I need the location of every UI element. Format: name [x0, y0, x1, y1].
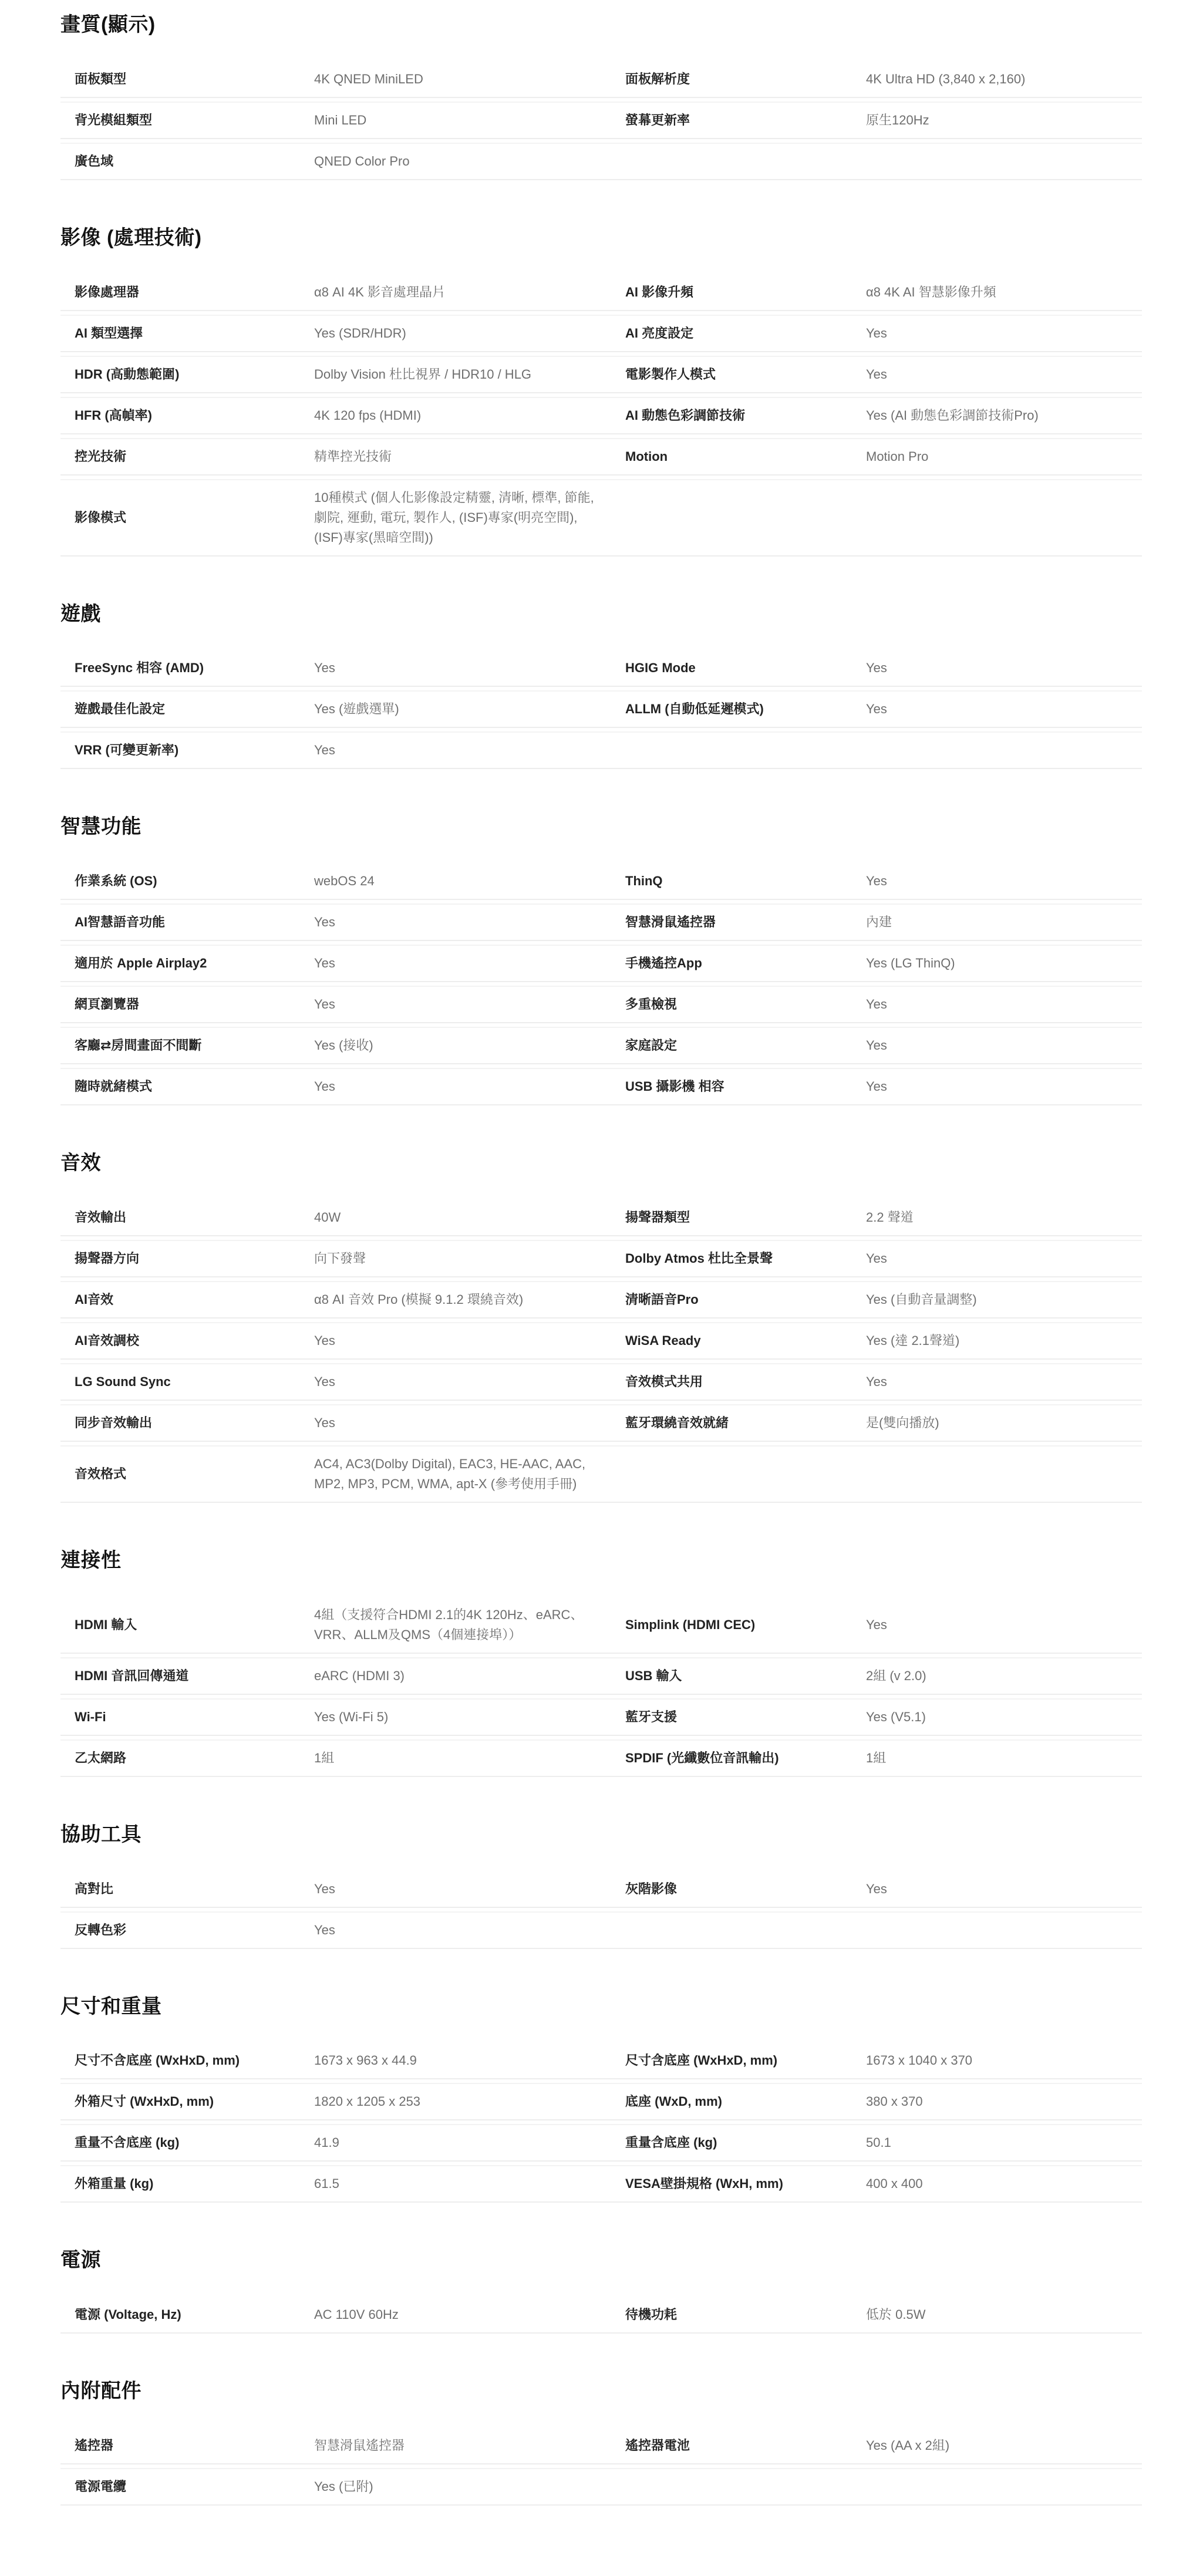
spec-value: 4K QNED MiniLED — [314, 69, 625, 89]
spec-value: eARC (HDMI 3) — [314, 1666, 625, 1686]
spec-value: Yes — [314, 1413, 625, 1433]
section-title: 連接性 — [60, 1549, 1142, 1573]
spec-value: Yes — [314, 1372, 625, 1392]
spec-value: Yes (LG ThinQ) — [866, 953, 1142, 973]
spec-section-power: 電源電源 (Voltage, Hz)AC 110V 60Hz待機功耗低於 0.5… — [60, 2248, 1142, 2334]
spec-value: Yes — [866, 1077, 1142, 1097]
spec-value: Yes — [866, 323, 1142, 343]
section-title: 電源 — [60, 2248, 1142, 2272]
section-title: 遊戲 — [60, 602, 1142, 626]
spec-row: VRR (可變更新率)Yes — [60, 731, 1142, 769]
spec-label: AI音效調校 — [60, 1331, 314, 1351]
spec-value: Yes — [314, 1077, 625, 1097]
spec-label: 作業系統 (OS) — [60, 871, 314, 891]
spec-label: HDMI 音訊回傳通道 — [60, 1666, 314, 1686]
spec-row: 作業系統 (OS)webOS 24ThinQYes — [60, 864, 1142, 900]
spec-value: 1673 x 1040 x 370 — [866, 2051, 1142, 2071]
spec-value: 低於 0.5W — [866, 2305, 1142, 2325]
spec-label: 重量含底座 (kg) — [625, 2133, 866, 2153]
spec-sheet-page: 畫質(顯示)面板類型4K QNED MiniLED面板解析度4K Ultra H… — [0, 0, 1183, 2576]
spec-label: 家庭設定 — [625, 1036, 866, 1056]
spec-row: AI音效α8 AI 音效 Pro (模擬 9.1.2 環繞音效)清晰語音ProY… — [60, 1281, 1142, 1319]
spec-label: 底座 (WxD, mm) — [625, 2092, 866, 2112]
spec-value: Yes — [866, 658, 1142, 678]
spec-value: 10種模式 (個人化影像設定精靈, 清晰, 標準, 節能, 劇院, 運動, 電玩… — [314, 488, 625, 548]
spec-row: 控光技術精準控光技術MotionMotion Pro — [60, 438, 1142, 476]
spec-value: Yes (接收) — [314, 1036, 625, 1056]
spec-label: 手機遙控App — [625, 953, 866, 973]
spec-label: 音效模式共用 — [625, 1372, 866, 1392]
spec-value: Yes — [866, 1249, 1142, 1269]
spec-row: AI智慧語音功能Yes智慧滑鼠遙控器內建 — [60, 903, 1142, 941]
spec-value: 400 x 400 — [866, 2174, 1142, 2194]
spec-label: 影像處理器 — [60, 282, 314, 302]
spec-value: 50.1 — [866, 2133, 1142, 2153]
spec-label: 重量不含底座 (kg) — [60, 2133, 314, 2153]
spec-value: Yes (遊戲選單) — [314, 699, 625, 719]
spec-value: 精準控光技術 — [314, 447, 625, 467]
spec-label: Motion — [625, 447, 866, 467]
spec-rows: 影像處理器α8 AI 4K 影音處理晶片AI 影像升頻α8 4K AI 智慧影像… — [60, 275, 1142, 557]
spec-value: Yes — [314, 1879, 625, 1899]
spec-label: AI智慧語音功能 — [60, 912, 314, 932]
spec-value: Yes (自動音量調整) — [866, 1290, 1142, 1310]
spec-row: LG Sound SyncYes音效模式共用Yes — [60, 1363, 1142, 1401]
spec-value: 1組 — [314, 1748, 625, 1768]
spec-row: Wi-FiYes (Wi-Fi 5)藍牙支援Yes (V5.1) — [60, 1698, 1142, 1736]
section-title: 智慧功能 — [60, 815, 1142, 839]
spec-label: USB 輸入 — [625, 1666, 866, 1686]
spec-section-dimensions-weight: 尺寸和重量尺寸不含底座 (WxHxD, mm)1673 x 963 x 44.9… — [60, 1995, 1142, 2203]
spec-rows: 電源 (Voltage, Hz)AC 110V 60Hz待機功耗低於 0.5W — [60, 2297, 1142, 2334]
spec-label: SPDIF (光纖數位音訊輸出) — [625, 1748, 866, 1768]
spec-label: Wi-Fi — [60, 1707, 314, 1727]
spec-label: ThinQ — [625, 871, 866, 891]
spec-value: Mini LED — [314, 110, 625, 130]
section-title: 影像 (處理技術) — [60, 226, 1142, 250]
spec-label: AI 動態色彩調節技術 — [625, 406, 866, 426]
spec-section-picture-quality: 畫質(顯示)面板類型4K QNED MiniLED面板解析度4K Ultra H… — [60, 13, 1142, 180]
spec-label: 高對比 — [60, 1879, 314, 1899]
spec-label: 反轉色彩 — [60, 1920, 314, 1940]
spec-label: 電影製作人模式 — [625, 365, 866, 385]
spec-label: 待機功耗 — [625, 2305, 866, 2325]
spec-label: LG Sound Sync — [60, 1372, 314, 1392]
spec-row: HDR (高動態範圍)Dolby Vision 杜比視界 / HDR10 / H… — [60, 356, 1142, 393]
spec-label: VRR (可變更新率) — [60, 740, 314, 760]
spec-label: WiSA Ready — [625, 1331, 866, 1351]
spec-label: 同步音效輸出 — [60, 1413, 314, 1433]
spec-row: 高對比Yes灰階影像Yes — [60, 1872, 1142, 1908]
spec-value: Yes (已附) — [314, 2477, 625, 2497]
spec-value: Yes — [866, 1879, 1142, 1899]
spec-row: 重量不含底座 (kg)41.9重量含底座 (kg)50.1 — [60, 2124, 1142, 2162]
spec-value: Yes — [866, 994, 1142, 1014]
spec-value: webOS 24 — [314, 871, 625, 891]
spec-label: 電源電纜 — [60, 2477, 314, 2497]
spec-value: Yes — [866, 699, 1142, 719]
spec-value: Yes (SDR/HDR) — [314, 323, 625, 343]
spec-row: AI 類型選擇Yes (SDR/HDR)AI 亮度設定Yes — [60, 315, 1142, 352]
spec-value: 1組 — [866, 1748, 1142, 1768]
spec-row: 尺寸不含底座 (WxHxD, mm)1673 x 963 x 44.9尺寸含底座… — [60, 2043, 1142, 2079]
spec-row: 外箱尺寸 (WxHxD, mm)1820 x 1205 x 253底座 (WxD… — [60, 2083, 1142, 2120]
spec-value: 4K 120 fps (HDMI) — [314, 406, 625, 426]
section-title: 內附配件 — [60, 2379, 1142, 2403]
spec-value: Yes (達 2.1聲道) — [866, 1331, 1142, 1351]
spec-row: 網頁瀏覽器Yes多重檢視Yes — [60, 986, 1142, 1023]
spec-value: 1673 x 963 x 44.9 — [314, 2051, 625, 2071]
spec-row: HDMI 音訊回傳通道eARC (HDMI 3)USB 輸入2組 (v 2.0) — [60, 1657, 1142, 1695]
spec-value: Motion Pro — [866, 447, 1142, 467]
spec-rows: 作業系統 (OS)webOS 24ThinQYesAI智慧語音功能Yes智慧滑鼠… — [60, 864, 1142, 1105]
spec-value: α8 4K AI 智慧影像升頻 — [866, 282, 1142, 302]
spec-label: 電源 (Voltage, Hz) — [60, 2305, 314, 2325]
spec-rows: 尺寸不含底座 (WxHxD, mm)1673 x 963 x 44.9尺寸含底座… — [60, 2043, 1142, 2203]
spec-row: 客廳⇄房間畫面不間斷Yes (接收)家庭設定Yes — [60, 1027, 1142, 1064]
spec-label: 廣色域 — [60, 151, 314, 171]
spec-value: Yes (V5.1) — [866, 1707, 1142, 1727]
spec-value: 380 x 370 — [866, 2092, 1142, 2112]
spec-row: 音效格式AC4, AC3(Dolby Digital), EAC3, HE-AA… — [60, 1445, 1142, 1503]
spec-row: 乙太網路1組SPDIF (光纖數位音訊輸出)1組 — [60, 1739, 1142, 1777]
spec-row: 適用於 Apple Airplay2Yes手機遙控AppYes (LG Thin… — [60, 945, 1142, 982]
spec-label: 揚聲器方向 — [60, 1249, 314, 1269]
spec-label: 藍牙支援 — [625, 1707, 866, 1727]
spec-label: 尺寸不含底座 (WxHxD, mm) — [60, 2051, 314, 2071]
spec-row: 外箱重量 (kg)61.5VESA壁掛規格 (WxH, mm)400 x 400 — [60, 2165, 1142, 2203]
spec-label: 尺寸含底座 (WxHxD, mm) — [625, 2051, 866, 2071]
spec-label: 客廳⇄房間畫面不間斷 — [60, 1036, 314, 1056]
spec-value: 是(雙向播放) — [866, 1413, 1142, 1433]
spec-value: Yes — [314, 740, 625, 760]
spec-value: Yes — [866, 1615, 1142, 1635]
spec-label: 智慧滑鼠遙控器 — [625, 912, 866, 932]
spec-label: 清晰語音Pro — [625, 1290, 866, 1310]
spec-value: Yes — [314, 1920, 625, 1940]
spec-sections: 畫質(顯示)面板類型4K QNED MiniLED面板解析度4K Ultra H… — [60, 13, 1142, 2506]
spec-value: Yes — [314, 658, 625, 678]
spec-label: 乙太網路 — [60, 1748, 314, 1768]
spec-value: Yes — [866, 1036, 1142, 1056]
spec-label: 面板解析度 — [625, 69, 866, 89]
spec-label: 隨時就緒模式 — [60, 1077, 314, 1097]
spec-label: 面板類型 — [60, 69, 314, 89]
spec-section-accessories: 內附配件遙控器智慧滑鼠遙控器遙控器電池Yes (AA x 2組)電源電纜Yes … — [60, 2379, 1142, 2506]
spec-label: 網頁瀏覽器 — [60, 994, 314, 1014]
section-title: 畫質(顯示) — [60, 13, 1142, 37]
spec-label: 遊戲最佳化設定 — [60, 699, 314, 719]
spec-label: 背光模組類型 — [60, 110, 314, 130]
spec-value: Yes (AA x 2組) — [866, 2436, 1142, 2456]
spec-label: 灰階影像 — [625, 1879, 866, 1899]
spec-rows: 高對比Yes灰階影像Yes反轉色彩Yes — [60, 1872, 1142, 1949]
spec-label: AI 亮度設定 — [625, 323, 866, 343]
spec-rows: 音效輸出40W揚聲器類型2.2 聲道揚聲器方向向下發聲Dolby Atmos 杜… — [60, 1200, 1142, 1503]
spec-label: AI 影像升頻 — [625, 282, 866, 302]
spec-row: 背光模組類型Mini LED螢幕更新率原生120Hz — [60, 102, 1142, 139]
spec-value: AC 110V 60Hz — [314, 2305, 625, 2325]
spec-row: FreeSync 相容 (AMD)YesHGIG ModeYes — [60, 650, 1142, 687]
spec-value: 2.2 聲道 — [866, 1208, 1142, 1228]
spec-label: HGIG Mode — [625, 658, 866, 678]
spec-label: 控光技術 — [60, 447, 314, 467]
spec-rows: 面板類型4K QNED MiniLED面板解析度4K Ultra HD (3,8… — [60, 62, 1142, 180]
section-title: 協助工具 — [60, 1823, 1142, 1847]
spec-section-accessibility: 協助工具高對比Yes灰階影像Yes反轉色彩Yes — [60, 1823, 1142, 1949]
spec-label: HDMI 輸入 — [60, 1615, 314, 1635]
spec-row: 遊戲最佳化設定Yes (遊戲選單)ALLM (自動低延遲模式)Yes — [60, 690, 1142, 728]
section-title: 尺寸和重量 — [60, 1995, 1142, 2019]
spec-rows: 遙控器智慧滑鼠遙控器遙控器電池Yes (AA x 2組)電源電纜Yes (已附) — [60, 2428, 1142, 2506]
spec-value: α8 AI 4K 影音處理晶片 — [314, 282, 625, 302]
spec-value: Yes — [866, 365, 1142, 385]
spec-label: 外箱重量 (kg) — [60, 2174, 314, 2194]
spec-value: Yes — [314, 1331, 625, 1351]
spec-label: 藍牙環繞音效就緒 — [625, 1413, 866, 1433]
spec-row: 隨時就緒模式YesUSB 攝影機 相容Yes — [60, 1068, 1142, 1105]
spec-value: 原生120Hz — [866, 110, 1142, 130]
spec-section-audio: 音效音效輸出40W揚聲器類型2.2 聲道揚聲器方向向下發聲Dolby Atmos… — [60, 1151, 1142, 1503]
spec-row: 面板類型4K QNED MiniLED面板解析度4K Ultra HD (3,8… — [60, 62, 1142, 98]
spec-value: 內建 — [866, 912, 1142, 932]
spec-row: 電源 (Voltage, Hz)AC 110V 60Hz待機功耗低於 0.5W — [60, 2297, 1142, 2334]
spec-label: 外箱尺寸 (WxHxD, mm) — [60, 2092, 314, 2112]
spec-value: 1820 x 1205 x 253 — [314, 2092, 625, 2112]
spec-label: ALLM (自動低延遲模式) — [625, 699, 866, 719]
spec-row: 揚聲器方向向下發聲Dolby Atmos 杜比全景聲Yes — [60, 1240, 1142, 1277]
spec-row: AI音效調校YesWiSA ReadyYes (達 2.1聲道) — [60, 1322, 1142, 1360]
spec-row: 廣色域QNED Color Pro — [60, 143, 1142, 180]
spec-label: 適用於 Apple Airplay2 — [60, 953, 314, 973]
spec-label: HDR (高動態範圍) — [60, 365, 314, 385]
spec-value: 40W — [314, 1208, 625, 1228]
spec-value: Dolby Vision 杜比視界 / HDR10 / HLG — [314, 365, 625, 385]
spec-label: Dolby Atmos 杜比全景聲 — [625, 1249, 866, 1269]
spec-value: 4K Ultra HD (3,840 x 2,160) — [866, 69, 1142, 89]
spec-row: 音效輸出40W揚聲器類型2.2 聲道 — [60, 1200, 1142, 1236]
spec-label: HFR (高幀率) — [60, 406, 314, 426]
spec-value: AC4, AC3(Dolby Digital), EAC3, HE-AAC, A… — [314, 1454, 625, 1494]
spec-row: 電源電纜Yes (已附) — [60, 2468, 1142, 2506]
spec-value: Yes — [866, 871, 1142, 891]
spec-label: 影像模式 — [60, 508, 314, 528]
spec-label: FreeSync 相容 (AMD) — [60, 658, 314, 678]
spec-rows: FreeSync 相容 (AMD)YesHGIG ModeYes遊戲最佳化設定Y… — [60, 650, 1142, 769]
spec-row: HFR (高幀率)4K 120 fps (HDMI)AI 動態色彩調節技術Yes… — [60, 397, 1142, 434]
section-title: 音效 — [60, 1151, 1142, 1175]
spec-section-smart-features: 智慧功能作業系統 (OS)webOS 24ThinQYesAI智慧語音功能Yes… — [60, 815, 1142, 1105]
spec-value: α8 AI 音效 Pro (模擬 9.1.2 環繞音效) — [314, 1290, 625, 1310]
spec-label: USB 攝影機 相容 — [625, 1077, 866, 1097]
spec-value: 智慧滑鼠遙控器 — [314, 2436, 625, 2456]
spec-label: 多重檢視 — [625, 994, 866, 1014]
spec-value: 向下發聲 — [314, 1249, 625, 1269]
spec-value: 2組 (v 2.0) — [866, 1666, 1142, 1686]
spec-value: Yes — [314, 953, 625, 973]
spec-section-connectivity: 連接性HDMI 輸入4組（支援符合HDMI 2.1的4K 120Hz、eARC、… — [60, 1549, 1142, 1777]
spec-value: Yes (AI 動態色彩調節技術Pro) — [866, 406, 1142, 426]
spec-label: AI音效 — [60, 1290, 314, 1310]
spec-label: 音效格式 — [60, 1464, 314, 1484]
spec-row: HDMI 輸入4組（支援符合HDMI 2.1的4K 120Hz、eARC、VRR… — [60, 1597, 1142, 1654]
spec-label: 螢幕更新率 — [625, 110, 866, 130]
spec-value: Yes — [314, 994, 625, 1014]
spec-label: Simplink (HDMI CEC) — [625, 1615, 866, 1635]
spec-label: 遙控器 — [60, 2436, 314, 2456]
spec-row: 同步音效輸出Yes藍牙環繞音效就緒是(雙向播放) — [60, 1404, 1142, 1442]
spec-label: AI 類型選擇 — [60, 323, 314, 343]
spec-row: 反轉色彩Yes — [60, 1911, 1142, 1949]
spec-row: 遙控器智慧滑鼠遙控器遙控器電池Yes (AA x 2組) — [60, 2428, 1142, 2464]
spec-value: Yes — [866, 1372, 1142, 1392]
spec-value: 41.9 — [314, 2133, 625, 2153]
spec-value: Yes — [314, 912, 625, 932]
spec-row: 影像模式10種模式 (個人化影像設定精靈, 清晰, 標準, 節能, 劇院, 運動… — [60, 479, 1142, 557]
spec-rows: HDMI 輸入4組（支援符合HDMI 2.1的4K 120Hz、eARC、VRR… — [60, 1597, 1142, 1777]
spec-section-video-processing: 影像 (處理技術)影像處理器α8 AI 4K 影音處理晶片AI 影像升頻α8 4… — [60, 226, 1142, 557]
spec-label: 遙控器電池 — [625, 2436, 866, 2456]
spec-value: Yes (Wi-Fi 5) — [314, 1707, 625, 1727]
spec-section-gaming: 遊戲FreeSync 相容 (AMD)YesHGIG ModeYes遊戲最佳化設… — [60, 602, 1142, 770]
spec-row: 影像處理器α8 AI 4K 影音處理晶片AI 影像升頻α8 4K AI 智慧影像… — [60, 275, 1142, 311]
spec-value: 4組（支援符合HDMI 2.1的4K 120Hz、eARC、VRR、ALLM及Q… — [314, 1605, 625, 1645]
spec-label: 音效輸出 — [60, 1208, 314, 1228]
spec-label: VESA壁掛規格 (WxH, mm) — [625, 2174, 866, 2194]
spec-value: 61.5 — [314, 2174, 625, 2194]
spec-value: QNED Color Pro — [314, 151, 625, 171]
spec-label: 揚聲器類型 — [625, 1208, 866, 1228]
